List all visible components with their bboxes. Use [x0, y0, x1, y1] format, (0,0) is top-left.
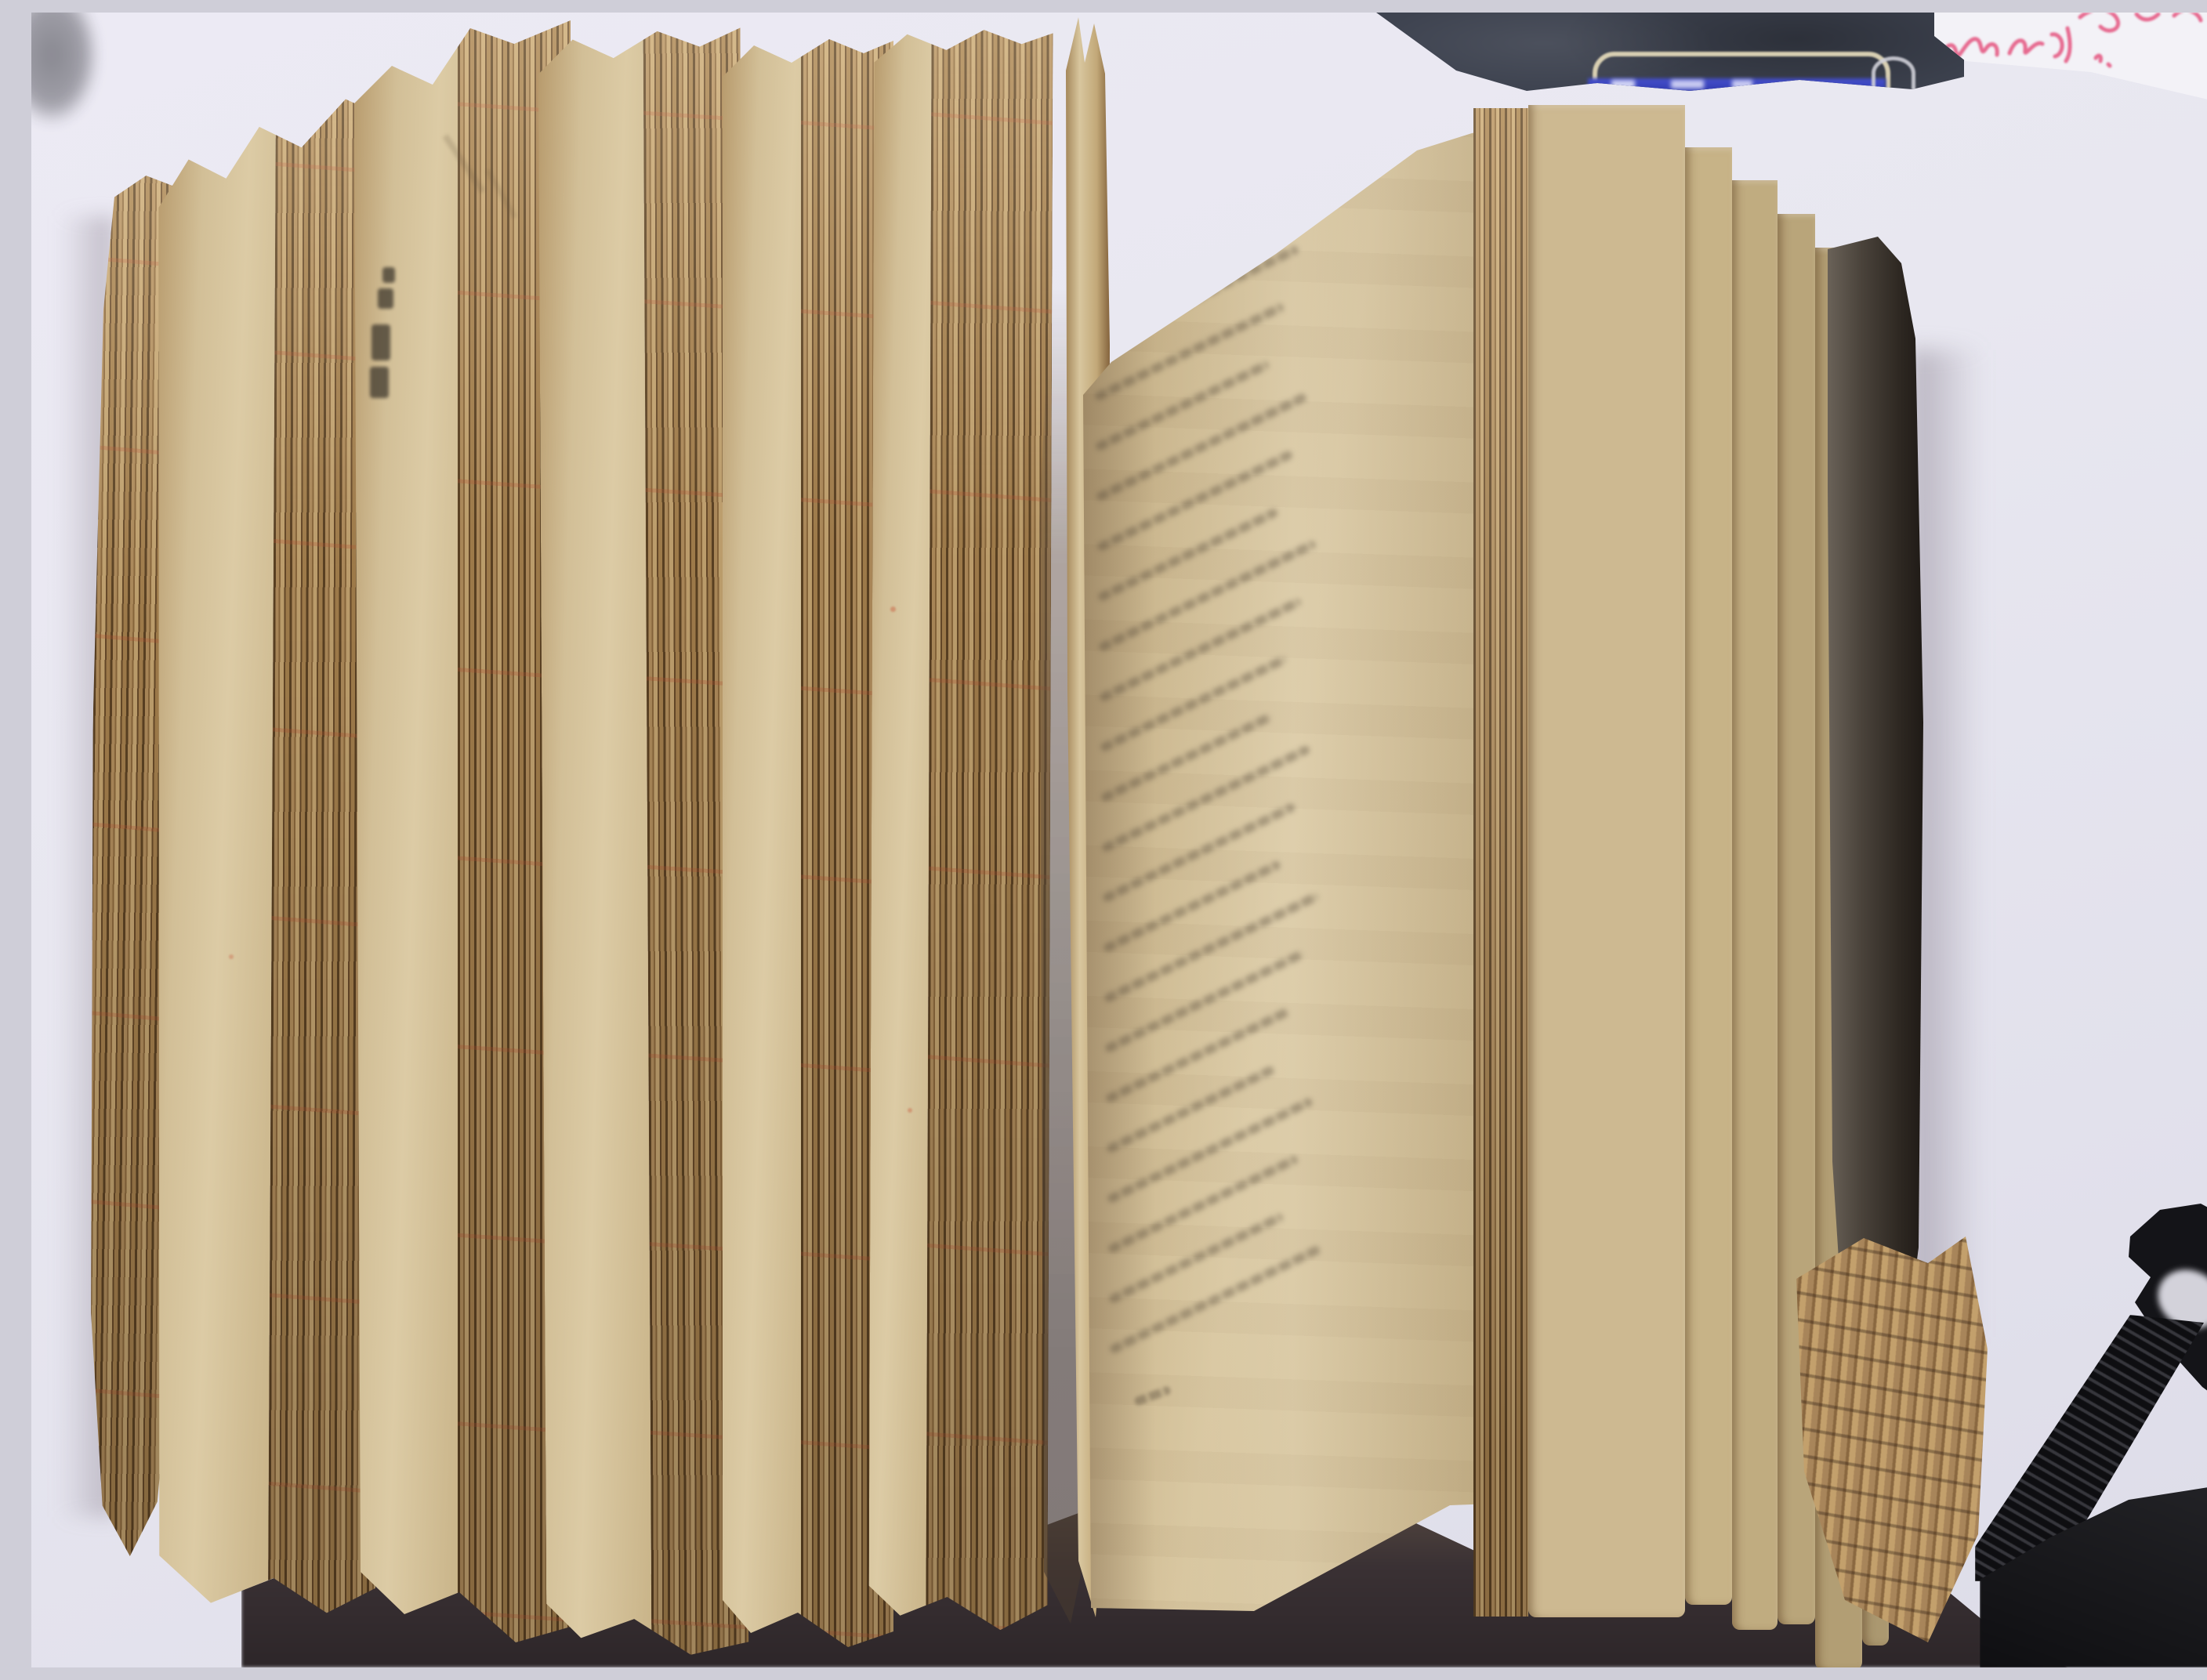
page-step	[1685, 147, 1732, 1605]
printed-text-line-blurred	[1098, 539, 1317, 652]
printed-text-line-blurred	[1096, 450, 1294, 552]
printed-text-line-blurred	[1095, 360, 1270, 452]
blank-page-face	[868, 27, 931, 1630]
fanned-edges	[1473, 108, 1528, 1617]
printed-text-line-blurred	[1109, 1244, 1323, 1355]
red-fleck	[908, 1108, 912, 1113]
printed-text-line-blurred	[1107, 1155, 1299, 1255]
printed-text-line-blurred	[1108, 1212, 1285, 1304]
printed-text-line-blurred	[1104, 950, 1305, 1054]
fanned-edges	[926, 27, 1053, 1631]
printed-text-line-blurred	[1106, 1065, 1276, 1153]
leaf-group	[354, 16, 571, 1646]
blank-page-face	[538, 24, 652, 1656]
printed-text-line-blurred	[1101, 744, 1311, 853]
printed-text-block-blurred	[1091, 293, 1361, 1445]
printed-text-line-blurred	[1103, 892, 1320, 1003]
blank-page-face	[151, 74, 276, 1623]
printed-text-line-blurred	[1099, 597, 1303, 702]
page-step	[1528, 105, 1685, 1617]
printed-text-line-blurred	[1107, 1097, 1314, 1204]
leaf-group	[868, 27, 1053, 1631]
printed-text-line-blurred	[1100, 655, 1288, 753]
red-fleck	[229, 954, 234, 959]
leaf-group	[723, 33, 893, 1647]
leaf-group	[151, 74, 383, 1623]
printed-text-line-blurred	[1100, 712, 1274, 802]
printed-text-line-blurred	[1102, 802, 1296, 903]
photo-open-antique-book: Overhead photograph of an antique book l…	[31, 13, 2207, 1667]
binding-strip	[1828, 237, 1923, 1378]
red-fleck	[890, 606, 896, 612]
printed-text-line-blurred	[1103, 860, 1282, 953]
blank-page-face	[723, 33, 801, 1647]
printed-text-line-blurred	[1096, 392, 1309, 501]
page-step	[1732, 180, 1778, 1630]
printed-text-line-blurred	[1097, 508, 1279, 603]
printed-text-line-blurred	[1105, 1007, 1291, 1103]
leaf-group	[538, 23, 749, 1655]
blank-page-face	[354, 16, 458, 1646]
